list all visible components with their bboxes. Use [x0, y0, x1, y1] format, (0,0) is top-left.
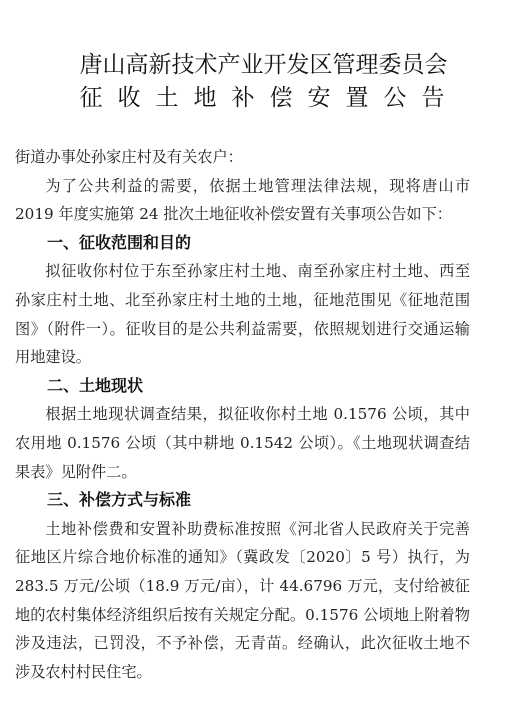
section-heading-compensation: 三、补偿方式与标准: [15, 486, 470, 515]
notice-body: 街道办事处孙家庄村及有关农户： 为了公共利益的需要，依据土地管理法律法规，现将唐…: [15, 143, 470, 686]
notice-title: 征收土地补偿安置公告: [0, 84, 527, 112]
issuer-title: 唐山高新技术产业开发区管理委员会: [0, 51, 527, 79]
section-heading-land-status: 二、土地现状: [15, 372, 470, 401]
section-text-compensation: 土地补偿费和安置补助费标准按照《河北省人民政府关于完善征地区片综合地价标准的通知…: [15, 515, 470, 687]
section-heading-scope: 一、征收范围和目的: [15, 229, 470, 258]
section-text-scope: 拟征收你村位于东至孙家庄村土地、南至孙家庄村土地、西至孙家庄村土地、北至孙家庄村…: [15, 257, 470, 371]
notice-page: 唐山高新技术产业开发区管理委员会 征收土地补偿安置公告 街道办事处孙家庄村及有关…: [0, 0, 527, 710]
salutation: 街道办事处孙家庄村及有关农户：: [15, 143, 470, 172]
intro-paragraph: 为了公共利益的需要，依据土地管理法律法规，现将唐山市2019 年度实施第 24 …: [15, 172, 470, 229]
section-text-land-status: 根据土地现状调查结果，拟征收你村土地 0.1576 公顷，其中农用地 0.157…: [15, 400, 470, 486]
